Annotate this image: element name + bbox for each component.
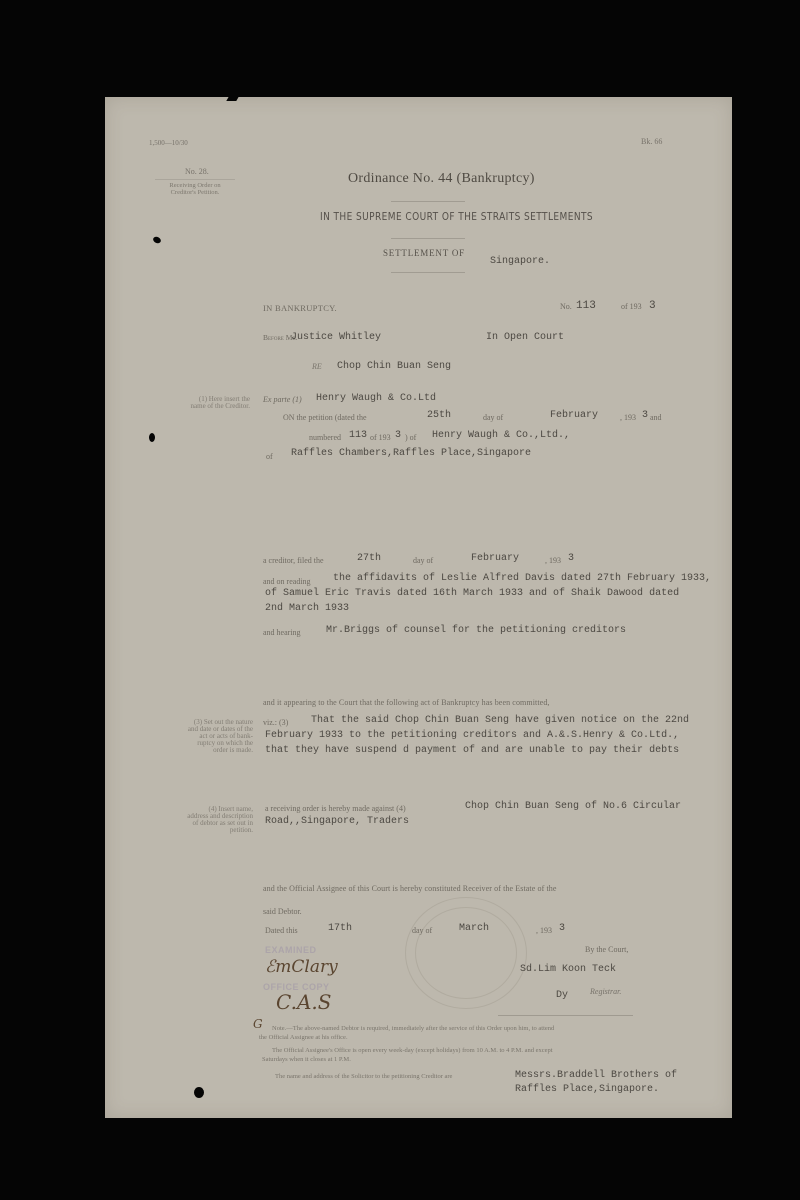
- registrar-rule: [498, 1015, 633, 1016]
- signatory-name: Sd.Lim Koon Teck: [520, 964, 616, 975]
- court-heading: IN THE SUPREME COURT OF THE STRAITS SETT…: [320, 210, 593, 223]
- punch-hole: [152, 236, 162, 245]
- in-bankruptcy-label: IN BANKRUPTCY.: [263, 303, 337, 313]
- signature-initials: C.A.S: [276, 990, 331, 1014]
- document-page: 1,500—10/30 Bk. 66 No. 28. Receiving Ord…: [105, 97, 732, 1118]
- order-line: Road,,Singapore, Traders: [265, 816, 409, 827]
- numbered-close-label: ) of: [405, 433, 416, 442]
- by-the-court: By the Court,: [585, 945, 628, 954]
- margin-note-line: name of the Creditor.: [158, 403, 250, 410]
- debtor-name: Chop Chin Buan Seng: [337, 361, 451, 372]
- settlement-rule: [391, 272, 465, 273]
- petition-day-of-label: day of: [483, 413, 503, 422]
- viz-label: viz.: (3): [263, 718, 288, 727]
- form-caption-line: Creditor's Petition.: [157, 189, 233, 196]
- filed-year-digit: 3: [568, 553, 574, 564]
- punch-hole: [194, 1087, 204, 1098]
- petition-year-digit: 3: [642, 410, 648, 421]
- order-label: a receiving order is hereby made against…: [265, 804, 406, 813]
- note-line: the Official Assignee at his office.: [259, 1034, 348, 1041]
- petition-and-label: and: [650, 413, 662, 422]
- ex-parte-label: Ex parte (1): [263, 395, 302, 404]
- ex-parte-value: Henry Waugh & Co.Ltd: [316, 393, 436, 404]
- petition-month: February: [550, 410, 598, 421]
- signature-clary: ℰmClary: [265, 957, 338, 977]
- petition-day: 25th: [427, 410, 451, 421]
- settlement-label: SETTLEMENT OF: [383, 248, 465, 258]
- page-tear: [226, 95, 239, 101]
- petition-label: ON the petition (dated the: [283, 413, 367, 422]
- solicitor-line: Raffles Place,Singapore.: [515, 1084, 659, 1095]
- dated-label: Dated this: [265, 926, 298, 935]
- re-label: RE: [312, 362, 322, 371]
- filed-day: 27th: [357, 553, 381, 564]
- act-line: That the said Chop Chin Buan Seng have g…: [311, 715, 689, 726]
- form-code: 1,500—10/30: [149, 139, 188, 147]
- office-hours-line: Saturdays when it closes at 1 P.M.: [262, 1056, 351, 1063]
- petitioner-name: Henry Waugh & Co.,Ltd.,: [432, 430, 570, 441]
- petition-year-label: , 193: [620, 413, 636, 422]
- court-seal-inner: [415, 907, 517, 999]
- of-label: of: [266, 452, 273, 461]
- deputy-label: Dy: [556, 990, 568, 1001]
- act-line: that they have suspend d payment of and …: [265, 745, 679, 756]
- numbered-year-digit: 3: [395, 430, 401, 441]
- form-number: No. 28.: [185, 167, 209, 176]
- signature-mark: G: [253, 1017, 263, 1031]
- solicitor-label: The name and address of the Solicitor to…: [275, 1073, 452, 1080]
- reading-line: of Samuel Eric Travis dated 16th March 1…: [265, 588, 679, 599]
- reading-line: 2nd March 1933: [265, 603, 349, 614]
- filed-year-label: , 193: [545, 556, 561, 565]
- dated-month: March: [459, 923, 489, 934]
- hearing-label: and hearing: [263, 628, 301, 637]
- reading-label: and on reading: [263, 577, 311, 586]
- filed-label: a creditor, filed the: [263, 556, 324, 565]
- numbered-value: 113: [349, 430, 367, 441]
- note-line: Note.—The above-named Debtor is required…: [272, 1025, 554, 1032]
- judge-name: Justice Whitley: [291, 332, 381, 343]
- form-number-rule: [155, 179, 235, 180]
- numbered-label: numbered: [309, 433, 341, 442]
- settlement-value: Singapore.: [490, 256, 550, 267]
- reading-line: the affidavits of Leslie Alfred Davis da…: [333, 573, 711, 584]
- court-type: In Open Court: [486, 332, 564, 343]
- dated-year-digit: 3: [559, 923, 565, 934]
- solicitor-line: Messrs.Braddell Brothers of: [515, 1070, 677, 1081]
- court-rule: [391, 238, 465, 239]
- case-year-digit: 3: [649, 300, 656, 312]
- order-line: Chop Chin Buan Seng of No.6 Circular: [465, 801, 681, 812]
- filed-month: February: [471, 553, 519, 564]
- hearing-value: Mr.Briggs of counsel for the petitioning…: [326, 625, 626, 636]
- book-reference: Bk. 66: [641, 137, 662, 146]
- appearing-text: and it appearing to the Court that the f…: [263, 698, 550, 707]
- form-caption-line: Receiving Order on: [157, 182, 233, 189]
- case-number: 113: [576, 300, 596, 312]
- petitioner-address: Raffles Chambers,Raffles Place,Singapore: [291, 448, 531, 459]
- margin-note-line: petition.: [161, 827, 253, 834]
- margin-note-3: (3) Set out the nature and date or dates…: [161, 719, 253, 754]
- assignee-line: said Debtor.: [263, 907, 302, 916]
- punch-hole: [149, 433, 155, 442]
- form-caption: Receiving Order on Creditor's Petition.: [157, 182, 233, 196]
- document-title: Ordinance No. 44 (Bankruptcy): [348, 171, 535, 187]
- margin-note-1: (1) Here insert the name of the Creditor…: [158, 396, 250, 410]
- dated-year-label: , 193: [536, 926, 552, 935]
- examined-stamp: EXAMINED: [265, 945, 317, 955]
- registrar-label: Registrar.: [590, 987, 621, 996]
- case-year-label: of 193: [621, 302, 642, 311]
- dated-day: 17th: [328, 923, 352, 934]
- margin-note-4: (4) Insert name, address and description…: [161, 806, 253, 834]
- numbered-year-label: of 193: [370, 433, 391, 442]
- dated-day-of-label: day of: [412, 926, 432, 935]
- title-rule: [391, 201, 465, 202]
- assignee-line: and the Official Assignee of this Court …: [263, 884, 557, 893]
- filed-day-of-label: day of: [413, 556, 433, 565]
- act-line: February 1933 to the petitioning credito…: [265, 730, 679, 741]
- office-hours-line: The Official Assignee's Office is open e…: [272, 1047, 553, 1054]
- case-number-label: No.: [560, 302, 572, 311]
- margin-note-line: order is made.: [161, 747, 253, 754]
